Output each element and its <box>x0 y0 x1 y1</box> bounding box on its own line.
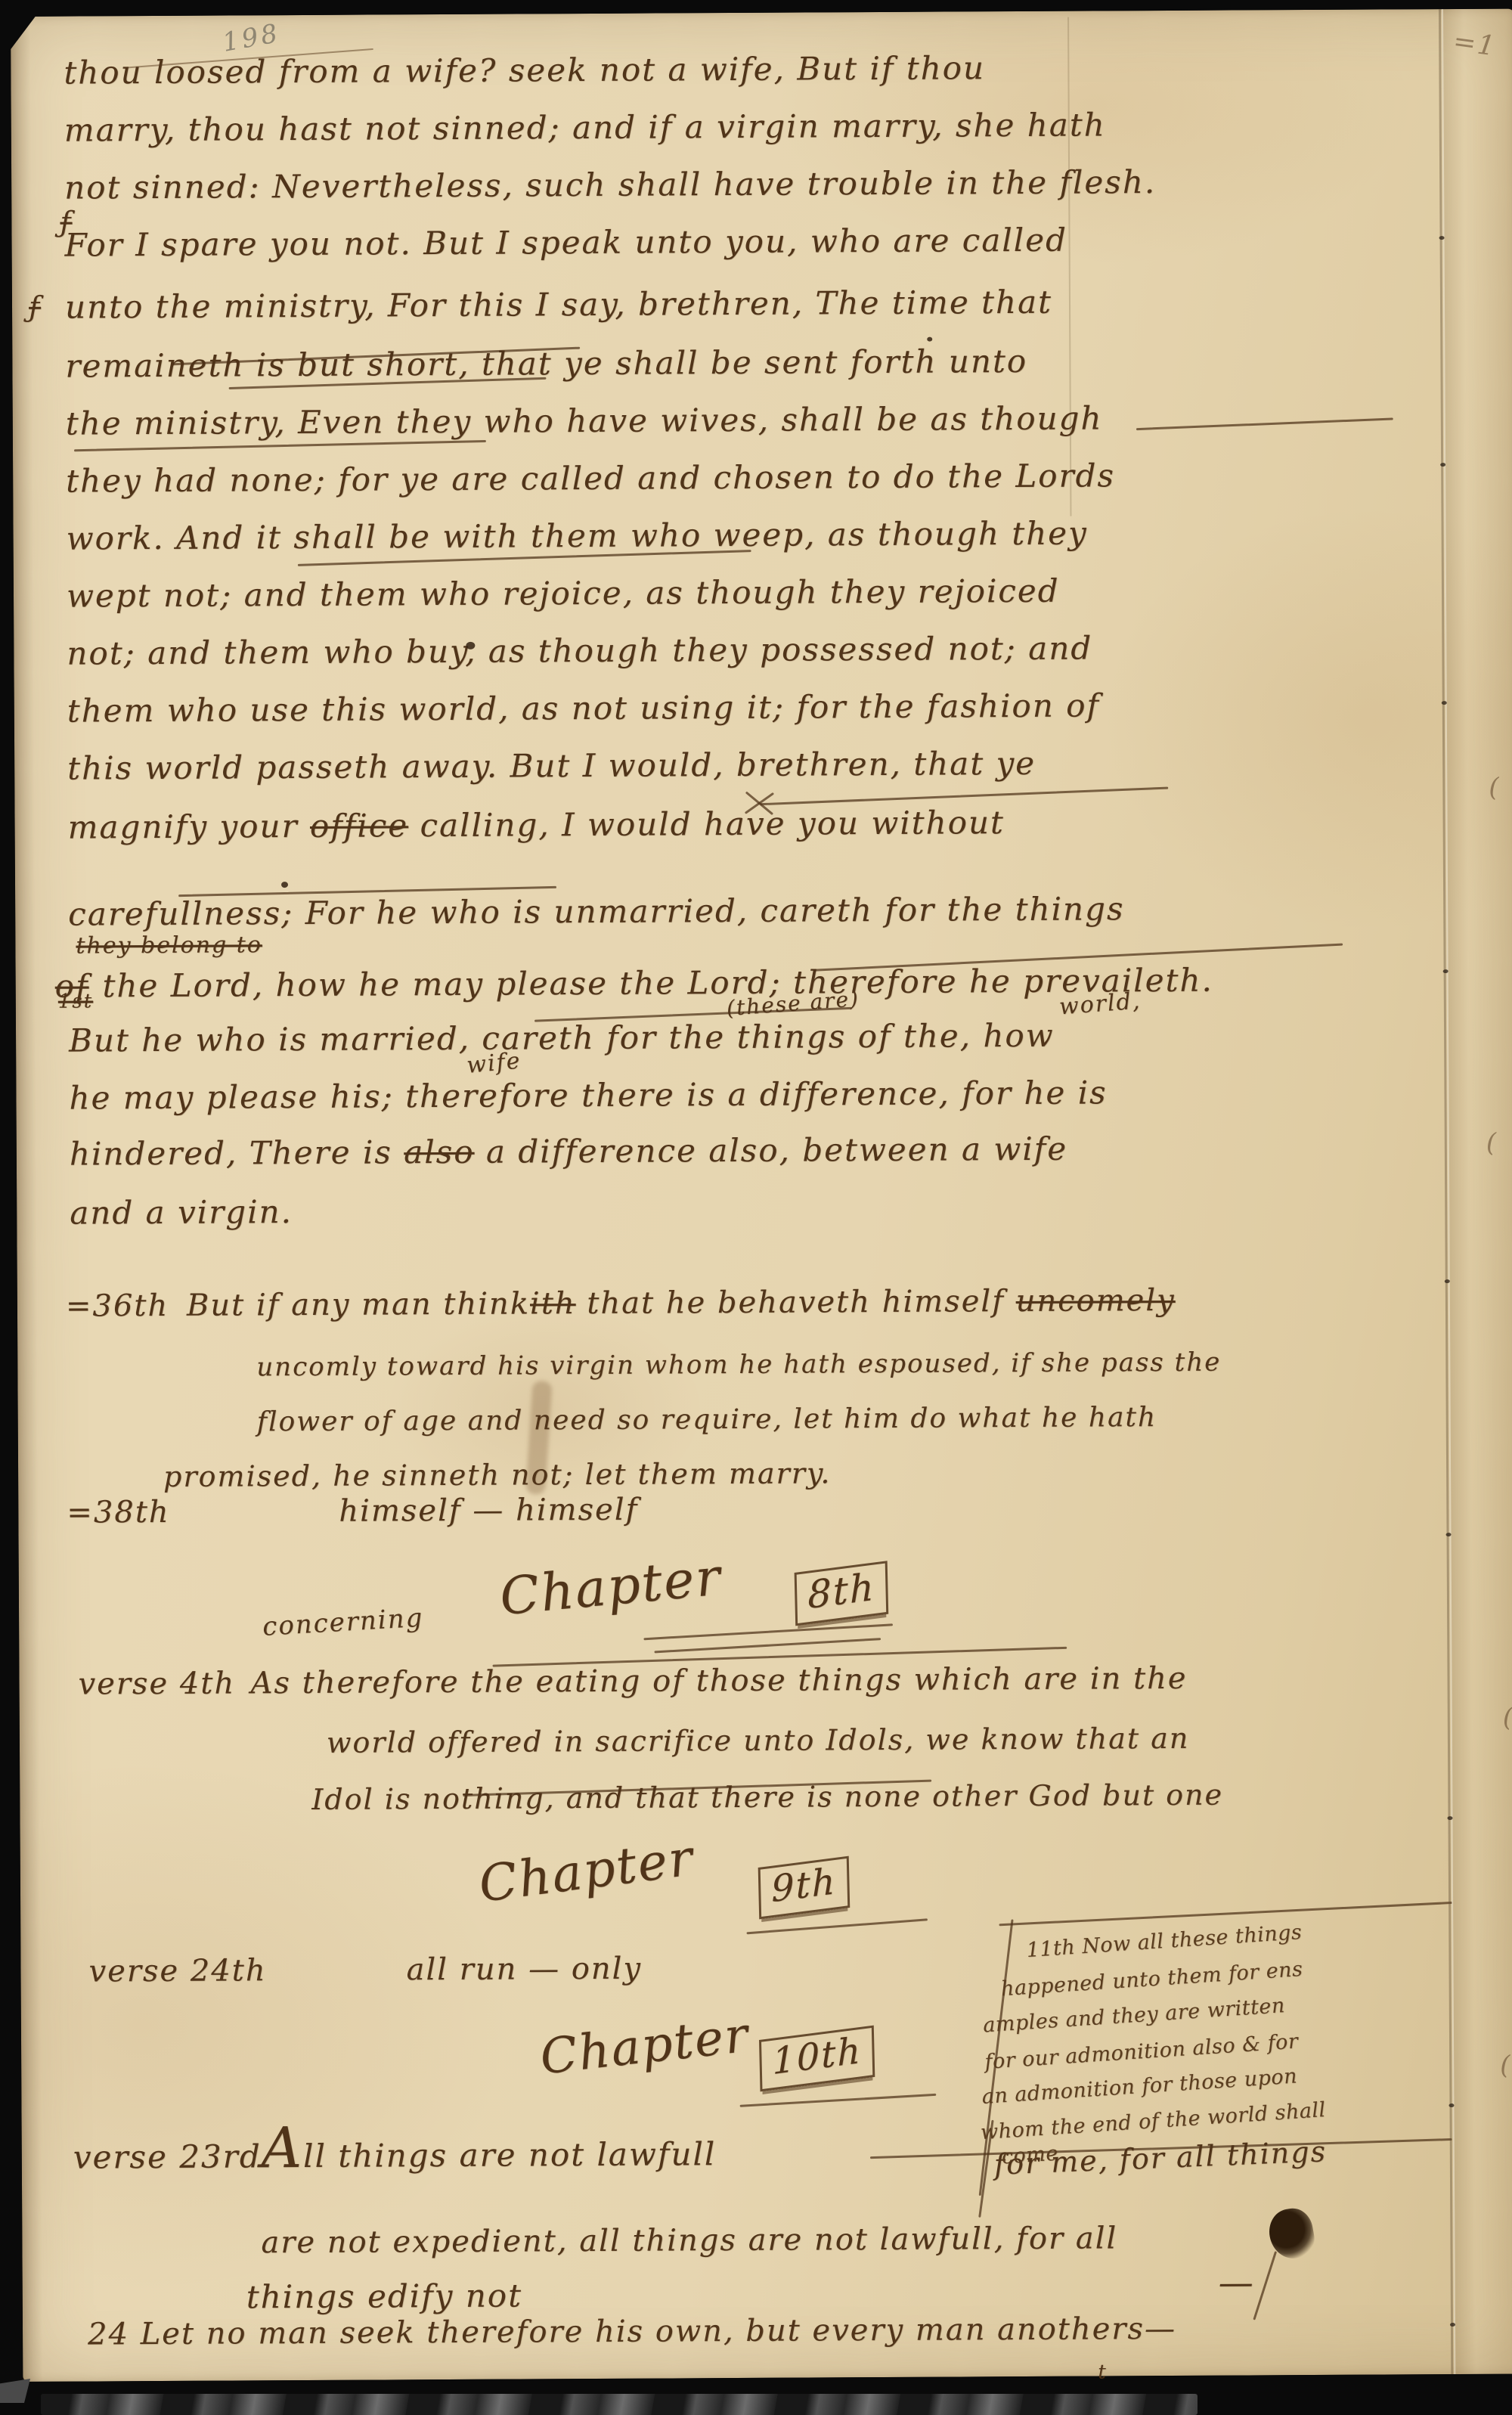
stitch-hole <box>1440 463 1445 467</box>
note-box-top <box>999 1902 1452 1926</box>
chapter-heading: Chapter <box>497 1547 724 1627</box>
stitch-hole <box>1443 969 1448 973</box>
pen-stroke <box>74 440 486 451</box>
chapter-heading: Chapter <box>538 2007 752 2086</box>
manuscript-line: not sinned: Nevertheless, such shall hav… <box>64 163 1156 206</box>
edge-ink-mark: ( <box>1486 1128 1498 1158</box>
verse-line: verse 24thall run — only <box>88 1952 642 1989</box>
ink-blot-tail <box>1253 2251 1277 2320</box>
manuscript-page: 198 thou loosed from a wife? seek not a … <box>11 9 1512 2382</box>
manuscript-line: they had none; for ye are called and cho… <box>66 457 1115 499</box>
stitch-hole <box>1439 236 1445 240</box>
chapter-heading-prefix: concerning <box>262 1603 424 1642</box>
verse-line: 24 Let no man seek therefore his own, bu… <box>88 2311 1176 2352</box>
manuscript-line: ofthe Lord, how he may please the Lord; … <box>55 962 1213 1005</box>
edge-ink-mark: =1 <box>1452 26 1498 62</box>
verse-line: verse 23rdAll things are not lawfull <box>73 2113 717 2181</box>
manuscript-line: uncomly toward his virgin whom he hath e… <box>256 1347 1221 1383</box>
manuscript-line: magnify your office calling, I would hav… <box>67 804 1005 845</box>
manuscript-line: thou loosed from a wife? seek not a wife… <box>64 49 985 91</box>
manuscript-line: For I spare you not. But I speak unto yo… <box>64 222 1067 264</box>
manuscript-line: unto the ministry, For this I say, breth… <box>65 284 1052 326</box>
marginal-note-line: come <box>1001 2142 1059 2169</box>
stitch-hole <box>1442 701 1447 705</box>
page-edge-shadow <box>11 17 42 2382</box>
manuscript-line: But he who is married, careth for the th… <box>69 1017 1055 1059</box>
edge-ink-mark: ( <box>1503 1703 1512 1733</box>
scanner-cloth-strip <box>41 2394 1198 2415</box>
marginal-note-line: an admonition for those upon <box>981 2064 1298 2109</box>
scanner-clip <box>0 2379 30 2403</box>
chapter-number: 9th <box>758 1862 850 1914</box>
manuscript-line: the ministry, Even they who have wives, … <box>66 399 1103 442</box>
stitch-hole <box>1446 1533 1452 1536</box>
pencil-folio-number: 198 <box>220 18 283 58</box>
manuscript-line: not; and them who buy, as though they po… <box>67 630 1092 672</box>
pen-stroke <box>654 1638 881 1653</box>
margin-verse-mark: 1st <box>58 990 94 1012</box>
marginal-note-line: happened unto them for ens <box>1000 1958 1303 2001</box>
manuscript-line: =38thhimself — himself <box>67 1493 638 1530</box>
ink-speck <box>466 642 475 649</box>
manuscript-line: flower of age and need so require, let h… <box>257 1402 1157 1437</box>
verse-line: Idol is nothing, and that there is none … <box>311 1778 1223 1816</box>
edge-ink-mark: ( <box>1489 773 1500 803</box>
interlinear-insertion: world, <box>1058 987 1142 1020</box>
verse-line: verse 4thAs therefore the eating of thos… <box>78 1661 1187 1702</box>
manuscript-line: carefullness; For he who is unmarried, c… <box>68 890 1125 932</box>
stitch-hole <box>1450 2323 1455 2327</box>
pen-stroke <box>746 1918 928 1934</box>
page-fold-line <box>1067 17 1071 516</box>
chapter-number: 10th <box>759 2032 875 2085</box>
interlinear-deleted-text: they belong to <box>76 932 262 959</box>
manuscript-line: marry, thou hast not sinned; and if a vi… <box>64 106 1106 148</box>
pen-stroke <box>643 1623 893 1640</box>
manuscript-line: hindered, There is also a difference als… <box>70 1130 1067 1173</box>
ink-speck <box>281 882 288 888</box>
dash-mark: — <box>1219 2262 1255 2302</box>
ink-speck <box>927 337 932 342</box>
margin-edit-mark: ƒ <box>29 290 41 324</box>
manuscript-line: and a virgin. <box>70 1193 293 1232</box>
manuscript-line: he may please his; therefore there is a … <box>69 1074 1107 1116</box>
edge-ink-mark: ( <box>1500 2051 1511 2081</box>
verse-line: things edify not <box>246 2277 522 2315</box>
marginal-note-line: amples and they are written <box>982 1994 1285 2037</box>
manuscript-line: =36thBut if any man thinkith that he beh… <box>66 1283 1176 1324</box>
manuscript-line: this world passeth away. But I would, br… <box>67 745 1036 787</box>
stitch-hole <box>1447 1816 1452 1820</box>
stitch-hole <box>1445 1279 1450 1283</box>
pen-stroke <box>740 2094 937 2107</box>
verse-line: are not expedient, all things are not la… <box>261 2221 1117 2260</box>
chapter-heading: Chapter <box>476 1828 697 1914</box>
interlinear-insertion: wife <box>466 1047 522 1079</box>
chapter-number: 8th <box>795 1567 888 1620</box>
manuscript-line: promised, he sinneth not; let them marry… <box>163 1456 832 1493</box>
caret-mark: t <box>1098 2361 1108 2383</box>
pen-stroke <box>1136 418 1393 431</box>
verse-line: world offered in sacrifice unto Idols, w… <box>327 1722 1190 1759</box>
manuscript-line: them who use this world, as not using it… <box>67 687 1100 729</box>
stitch-hole <box>1448 2103 1454 2107</box>
scan-background: 198 thou loosed from a wife? seek not a … <box>0 0 1512 2415</box>
manuscript-line: wept not; and them who rejoice, as thoug… <box>67 572 1060 615</box>
pen-stroke <box>761 787 1169 806</box>
manuscript-line: work. And it shall be with them who weep… <box>66 515 1087 557</box>
marginal-note-line: 11th Now all these things <box>1026 1921 1303 1962</box>
